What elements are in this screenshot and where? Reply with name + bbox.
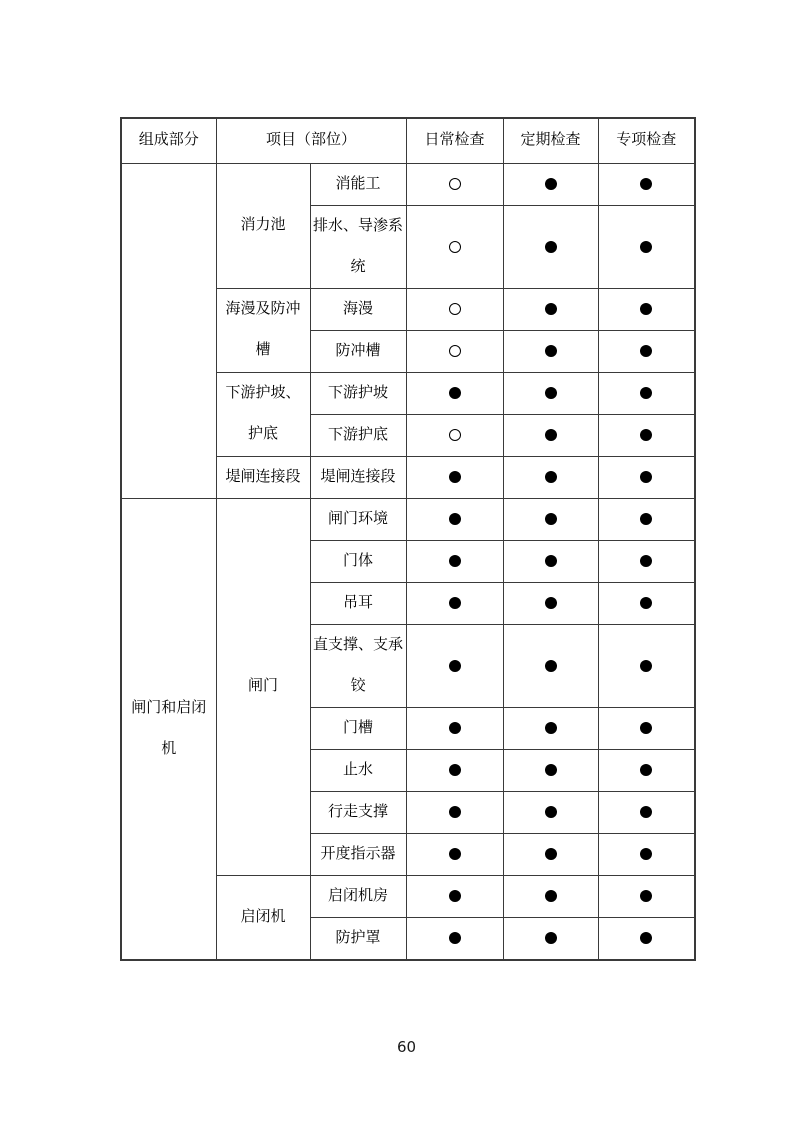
filled-circle-icon: [640, 932, 652, 944]
part-cell: 消能工: [310, 163, 406, 205]
filled-circle-icon: [545, 806, 557, 818]
part-label: 海漫: [343, 289, 373, 330]
filled-circle-icon: [545, 660, 557, 672]
part-cell: 直支撑、支承铰: [310, 624, 406, 707]
part-cell: 闸门环境: [310, 498, 406, 540]
daily-check-cell: [406, 288, 503, 330]
filled-circle-icon: [640, 513, 652, 525]
filled-circle-icon: [449, 387, 461, 399]
filled-circle-icon: [545, 890, 557, 902]
daily-check-cell: [406, 875, 503, 917]
filled-circle-icon: [449, 722, 461, 734]
project-label: 启闭机: [240, 897, 285, 938]
regular-check-cell: [503, 582, 598, 624]
filled-circle-icon: [640, 303, 652, 315]
filled-circle-icon: [545, 241, 557, 253]
special-check-cell: [598, 288, 695, 330]
special-check-cell: [598, 456, 695, 498]
special-check-cell: [598, 414, 695, 456]
special-check-cell: [598, 163, 695, 205]
part-cell: 启闭机房: [310, 875, 406, 917]
special-check-cell: [598, 582, 695, 624]
regular-check-cell: [503, 833, 598, 875]
table-header: 组成部分项目（部位）日常检查定期检查专项检查: [121, 118, 695, 163]
regular-check-cell: [503, 624, 598, 707]
empty-circle-icon: [449, 303, 461, 315]
filled-circle-icon: [545, 471, 557, 483]
table-row: 闸门和启闭机闸门闸门环境: [121, 498, 695, 540]
part-label: 防护罩: [336, 918, 381, 959]
header-cell-4: 专项检查: [598, 118, 695, 163]
part-label: 下游护坡: [328, 373, 388, 414]
header-row: 组成部分项目（部位）日常检查定期检查专项检查: [121, 118, 695, 163]
part-cell: 止水: [310, 749, 406, 791]
filled-circle-icon: [449, 513, 461, 525]
regular-check-cell: [503, 414, 598, 456]
special-check-cell: [598, 330, 695, 372]
part-cell: 海漫: [310, 288, 406, 330]
filled-circle-icon: [545, 722, 557, 734]
filled-circle-icon: [449, 890, 461, 902]
empty-circle-icon: [449, 429, 461, 441]
part-label: 下游护底: [328, 415, 388, 456]
daily-check-cell: [406, 330, 503, 372]
project-cell: 闸门: [216, 498, 310, 875]
header-cell-2: 日常检查: [406, 118, 503, 163]
regular-check-cell: [503, 540, 598, 582]
filled-circle-icon: [545, 387, 557, 399]
daily-check-cell: [406, 749, 503, 791]
part-label: 堤闸连接段: [321, 457, 396, 498]
filled-circle-icon: [449, 806, 461, 818]
filled-circle-icon: [449, 848, 461, 860]
daily-check-cell: [406, 540, 503, 582]
project-label: 闸门: [248, 666, 278, 707]
regular-check-cell: [503, 875, 598, 917]
table-row: 消力池消能工: [121, 163, 695, 205]
filled-circle-icon: [545, 345, 557, 357]
filled-circle-icon: [640, 345, 652, 357]
daily-check-cell: [406, 791, 503, 833]
special-check-cell: [598, 707, 695, 749]
regular-check-cell: [503, 456, 598, 498]
filled-circle-icon: [545, 555, 557, 567]
regular-check-cell: [503, 498, 598, 540]
filled-circle-icon: [640, 597, 652, 609]
daily-check-cell: [406, 414, 503, 456]
part-cell: 下游护底: [310, 414, 406, 456]
regular-check-cell: [503, 205, 598, 288]
special-check-cell: [598, 875, 695, 917]
filled-circle-icon: [640, 429, 652, 441]
special-check-cell: [598, 833, 695, 875]
project-label: 下游护坡、护底: [219, 373, 307, 455]
filled-circle-icon: [640, 764, 652, 776]
regular-check-cell: [503, 917, 598, 960]
daily-check-cell: [406, 456, 503, 498]
filled-circle-icon: [640, 848, 652, 860]
regular-check-cell: [503, 163, 598, 205]
filled-circle-icon: [545, 848, 557, 860]
table-body: 消力池消能工排水、导渗系统海漫及防冲槽海漫防冲槽下游护坡、护底下游护坡下游护底堤…: [121, 163, 695, 960]
special-check-cell: [598, 791, 695, 833]
filled-circle-icon: [449, 660, 461, 672]
header-cell-0: 组成部分: [121, 118, 216, 163]
project-label: 海漫及防冲槽: [219, 289, 307, 371]
daily-check-cell: [406, 624, 503, 707]
daily-check-cell: [406, 205, 503, 288]
filled-circle-icon: [545, 932, 557, 944]
part-label: 行走支撑: [328, 792, 388, 833]
inspection-table: 组成部分项目（部位）日常检查定期检查专项检查 消力池消能工排水、导渗系统海漫及防…: [120, 117, 696, 961]
filled-circle-icon: [545, 303, 557, 315]
filled-circle-icon: [640, 890, 652, 902]
filled-circle-icon: [545, 513, 557, 525]
daily-check-cell: [406, 833, 503, 875]
header-label: 专项检查: [616, 120, 676, 161]
regular-check-cell: [503, 330, 598, 372]
project-label: 堤闸连接段: [225, 457, 300, 498]
project-cell: 消力池: [216, 163, 310, 288]
regular-check-cell: [503, 707, 598, 749]
filled-circle-icon: [640, 806, 652, 818]
special-check-cell: [598, 540, 695, 582]
part-label: 防冲槽: [336, 331, 381, 372]
part-cell: 堤闸连接段: [310, 456, 406, 498]
part-cell: 开度指示器: [310, 833, 406, 875]
part-label: 直支撑、支承铰: [312, 625, 404, 707]
part-label: 门体: [343, 541, 373, 582]
filled-circle-icon: [449, 764, 461, 776]
project-cell: 堤闸连接段: [216, 456, 310, 498]
filled-circle-icon: [545, 597, 557, 609]
special-check-cell: [598, 749, 695, 791]
regular-check-cell: [503, 288, 598, 330]
daily-check-cell: [406, 917, 503, 960]
part-cell: 门体: [310, 540, 406, 582]
part-cell: 防冲槽: [310, 330, 406, 372]
component-cell: [121, 163, 216, 498]
regular-check-cell: [503, 791, 598, 833]
filled-circle-icon: [449, 597, 461, 609]
document-page: 组成部分项目（部位）日常检查定期检查专项检查 消力池消能工排水、导渗系统海漫及防…: [0, 0, 793, 1122]
part-label: 止水: [343, 750, 373, 791]
part-label: 消能工: [336, 164, 381, 205]
daily-check-cell: [406, 498, 503, 540]
project-label: 消力池: [240, 205, 285, 246]
project-cell: 海漫及防冲槽: [216, 288, 310, 372]
project-cell: 启闭机: [216, 875, 310, 960]
header-label: 日常检查: [425, 120, 485, 161]
part-label: 门槽: [343, 708, 373, 749]
filled-circle-icon: [640, 387, 652, 399]
header-label: 项目（部位）: [266, 120, 356, 161]
project-cell: 下游护坡、护底: [216, 372, 310, 456]
component-label: 闸门和启闭机: [129, 688, 209, 770]
special-check-cell: [598, 205, 695, 288]
filled-circle-icon: [640, 722, 652, 734]
daily-check-cell: [406, 582, 503, 624]
filled-circle-icon: [640, 555, 652, 567]
part-label: 启闭机房: [328, 876, 388, 917]
part-cell: 吊耳: [310, 582, 406, 624]
filled-circle-icon: [640, 241, 652, 253]
page-number: 60: [20, 1038, 793, 1056]
header-cell-1: 项目（部位）: [216, 118, 406, 163]
regular-check-cell: [503, 372, 598, 414]
special-check-cell: [598, 624, 695, 707]
daily-check-cell: [406, 163, 503, 205]
header-label: 定期检查: [521, 120, 581, 161]
part-label: 闸门环境: [328, 499, 388, 540]
empty-circle-icon: [449, 241, 461, 253]
regular-check-cell: [503, 749, 598, 791]
component-cell: 闸门和启闭机: [121, 498, 216, 960]
filled-circle-icon: [545, 764, 557, 776]
filled-circle-icon: [545, 178, 557, 190]
filled-circle-icon: [640, 471, 652, 483]
part-cell: 防护罩: [310, 917, 406, 960]
filled-circle-icon: [545, 429, 557, 441]
filled-circle-icon: [449, 471, 461, 483]
part-cell: 门槽: [310, 707, 406, 749]
filled-circle-icon: [449, 932, 461, 944]
part-label: 开度指示器: [321, 834, 396, 875]
part-cell: 行走支撑: [310, 791, 406, 833]
empty-circle-icon: [449, 178, 461, 190]
filled-circle-icon: [640, 178, 652, 190]
part-label: 吊耳: [343, 583, 373, 624]
header-label: 组成部分: [139, 120, 199, 161]
filled-circle-icon: [640, 660, 652, 672]
special-check-cell: [598, 498, 695, 540]
daily-check-cell: [406, 707, 503, 749]
part-label: 排水、导渗系统: [312, 206, 404, 288]
empty-circle-icon: [449, 345, 461, 357]
filled-circle-icon: [449, 555, 461, 567]
part-cell: 排水、导渗系统: [310, 205, 406, 288]
special-check-cell: [598, 372, 695, 414]
part-cell: 下游护坡: [310, 372, 406, 414]
special-check-cell: [598, 917, 695, 960]
header-cell-3: 定期检查: [503, 118, 598, 163]
daily-check-cell: [406, 372, 503, 414]
